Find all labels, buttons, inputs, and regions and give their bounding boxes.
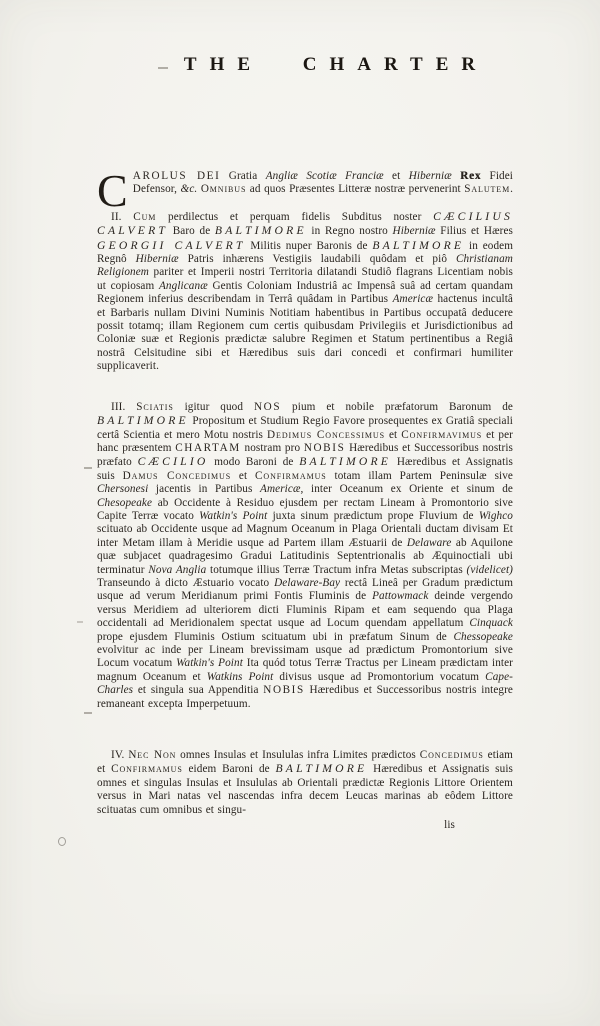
- text-segment: Watkins Point: [207, 671, 274, 683]
- text-segment: Confirmavimus: [401, 429, 482, 441]
- text-segment: Americæ: [393, 293, 433, 305]
- text-segment: BALTIMORE: [299, 455, 391, 468]
- text-segment: AROLUS DEI: [133, 170, 221, 182]
- text-segment: Concedimus: [420, 749, 484, 761]
- text-segment: Cinquack: [469, 617, 513, 629]
- text-segment: et: [385, 429, 401, 441]
- text-segment: BALTIMORE: [215, 224, 307, 237]
- text-segment: .: [510, 183, 513, 195]
- text-segment: Anglicanæ: [159, 280, 208, 292]
- text-segment: Baro de: [168, 225, 215, 237]
- text-segment: BALTIMORE: [372, 239, 464, 252]
- document-body: CAROLUS DEI Gratia Angliæ Scotiæ Franciæ…: [97, 170, 513, 832]
- text-segment: Confirmamus: [255, 470, 327, 482]
- text-segment: Americæ,: [260, 483, 303, 495]
- text-segment: totumque illius Terræ Tractum infra Meta…: [206, 564, 466, 576]
- page-title: THE CHARTER: [0, 54, 600, 76]
- text-segment: Filius et Hæres: [436, 225, 513, 237]
- text-segment: II.: [111, 211, 133, 223]
- scan-artifact-dash: [84, 467, 92, 469]
- paragraph-section-3: III. Sciatis igitur quod NOS pium et nob…: [97, 401, 513, 711]
- text-segment: inter Oceanum ex Oriente et sinum de: [303, 483, 513, 495]
- scan-artifact-dash: [84, 712, 92, 714]
- text-segment: totam illam Partem Peninsulæ sive: [327, 470, 513, 482]
- text-segment: Sciatis: [136, 401, 173, 413]
- paragraphs-container: CAROLUS DEI Gratia Angliæ Scotiæ Franciæ…: [97, 170, 513, 817]
- text-segment: modo Baroni de: [209, 456, 300, 468]
- text-segment: Omnibus: [201, 183, 247, 195]
- text-segment: NOBIS: [304, 442, 346, 454]
- dropcap-letter: C: [97, 170, 133, 209]
- text-segment: ad quos Præsentes Litteræ nostræ pervene…: [246, 183, 464, 195]
- text-segment: Chersonesi: [97, 483, 148, 495]
- text-segment: Damus Concedimus: [123, 470, 231, 482]
- text-segment: Confirmamus: [111, 763, 183, 775]
- scan-artifact-ring: [58, 837, 66, 846]
- text-segment: igitur quod: [174, 401, 254, 413]
- catchword: lis: [97, 819, 513, 832]
- text-segment: &c.: [181, 183, 198, 195]
- text-segment: Salutem: [464, 183, 510, 195]
- text-segment: et singula sua Appenditia: [133, 684, 263, 696]
- text-segment: divisus usque ad Promontorium vocatum: [273, 671, 485, 683]
- text-segment: Hiberniæ: [409, 170, 452, 182]
- text-segment: Wighco: [479, 510, 513, 522]
- text-segment: eidem Baroni de: [183, 763, 276, 775]
- text-segment: CÆCILIO: [138, 455, 209, 468]
- text-segment: Nec Non: [128, 749, 176, 761]
- text-segment: perdilectus et perquam fidelis Subditus …: [156, 211, 433, 223]
- text-segment: Patris inhærens Vestigiis laudabili quôd…: [179, 253, 456, 265]
- text-segment: Transeundo à dicto Æstuario vocato: [97, 577, 274, 589]
- text-segment: Militis nuper Baronis de: [246, 240, 373, 252]
- text-segment: nostram pro: [241, 442, 304, 454]
- text-segment: omnes Insulas et Insululas infra Limites…: [176, 749, 419, 761]
- text-segment: Nova Anglia: [148, 564, 206, 576]
- text-segment: CHARTAM: [175, 442, 241, 454]
- text-segment: Gratia: [220, 170, 265, 182]
- text-segment: Cum: [133, 211, 156, 223]
- text-segment: Hiberniæ: [136, 253, 179, 265]
- text-segment: Watkin's Point: [176, 657, 243, 669]
- text-segment: Angliæ Scotiæ Franciæ: [266, 170, 384, 182]
- text-segment: Pattowmack: [372, 590, 428, 602]
- text-segment: Chesopeake: [97, 497, 152, 509]
- text-segment: Hiberniæ: [393, 225, 436, 237]
- paragraph-salutation: CAROLUS DEI Gratia Angliæ Scotiæ Franciæ…: [97, 170, 513, 197]
- text-segment: pium et nobile præfatorum Baronum de: [281, 401, 513, 413]
- text-segment: [452, 170, 460, 182]
- text-segment: Dedimus Concessimus: [267, 429, 385, 441]
- text-segment: BALTIMORE: [97, 414, 189, 427]
- text-segment: Delaware-Bay: [274, 577, 340, 589]
- text-segment: NOBIS: [263, 684, 305, 696]
- charter-page: THE CHARTER CAROLUS DEI Gratia Angliæ Sc…: [0, 0, 600, 1026]
- text-segment: prope ejusdem Fluminis Ostium scituatum …: [97, 631, 453, 643]
- text-segment: GEORGII CALVERT: [97, 239, 246, 252]
- paragraph-section-4: IV. Nec Non omnes Insulas et Insululas i…: [97, 749, 513, 817]
- text-segment: et: [231, 470, 255, 482]
- text-segment: IV.: [111, 749, 128, 761]
- text-segment: Delaware: [407, 537, 452, 549]
- text-segment: III.: [111, 401, 136, 413]
- text-segment: Rex: [460, 170, 481, 182]
- text-segment: BALTIMORE: [276, 762, 368, 775]
- paragraph-section-2: II. Cum perdilectus et perquam fidelis S…: [97, 210, 513, 374]
- text-segment: Watkin's Point: [199, 510, 267, 522]
- text-segment: in Regno nostro: [307, 225, 393, 237]
- text-segment: juxta sinum prædictum prope Fluvium de: [267, 510, 478, 522]
- scan-artifact-dots: [77, 621, 83, 623]
- text-segment: et: [384, 170, 409, 182]
- text-segment: jacentis in Partibus: [148, 483, 260, 495]
- text-segment: NOS: [254, 401, 281, 413]
- text-segment: (videlicet): [467, 564, 513, 576]
- text-segment: Chessopeake: [453, 631, 513, 643]
